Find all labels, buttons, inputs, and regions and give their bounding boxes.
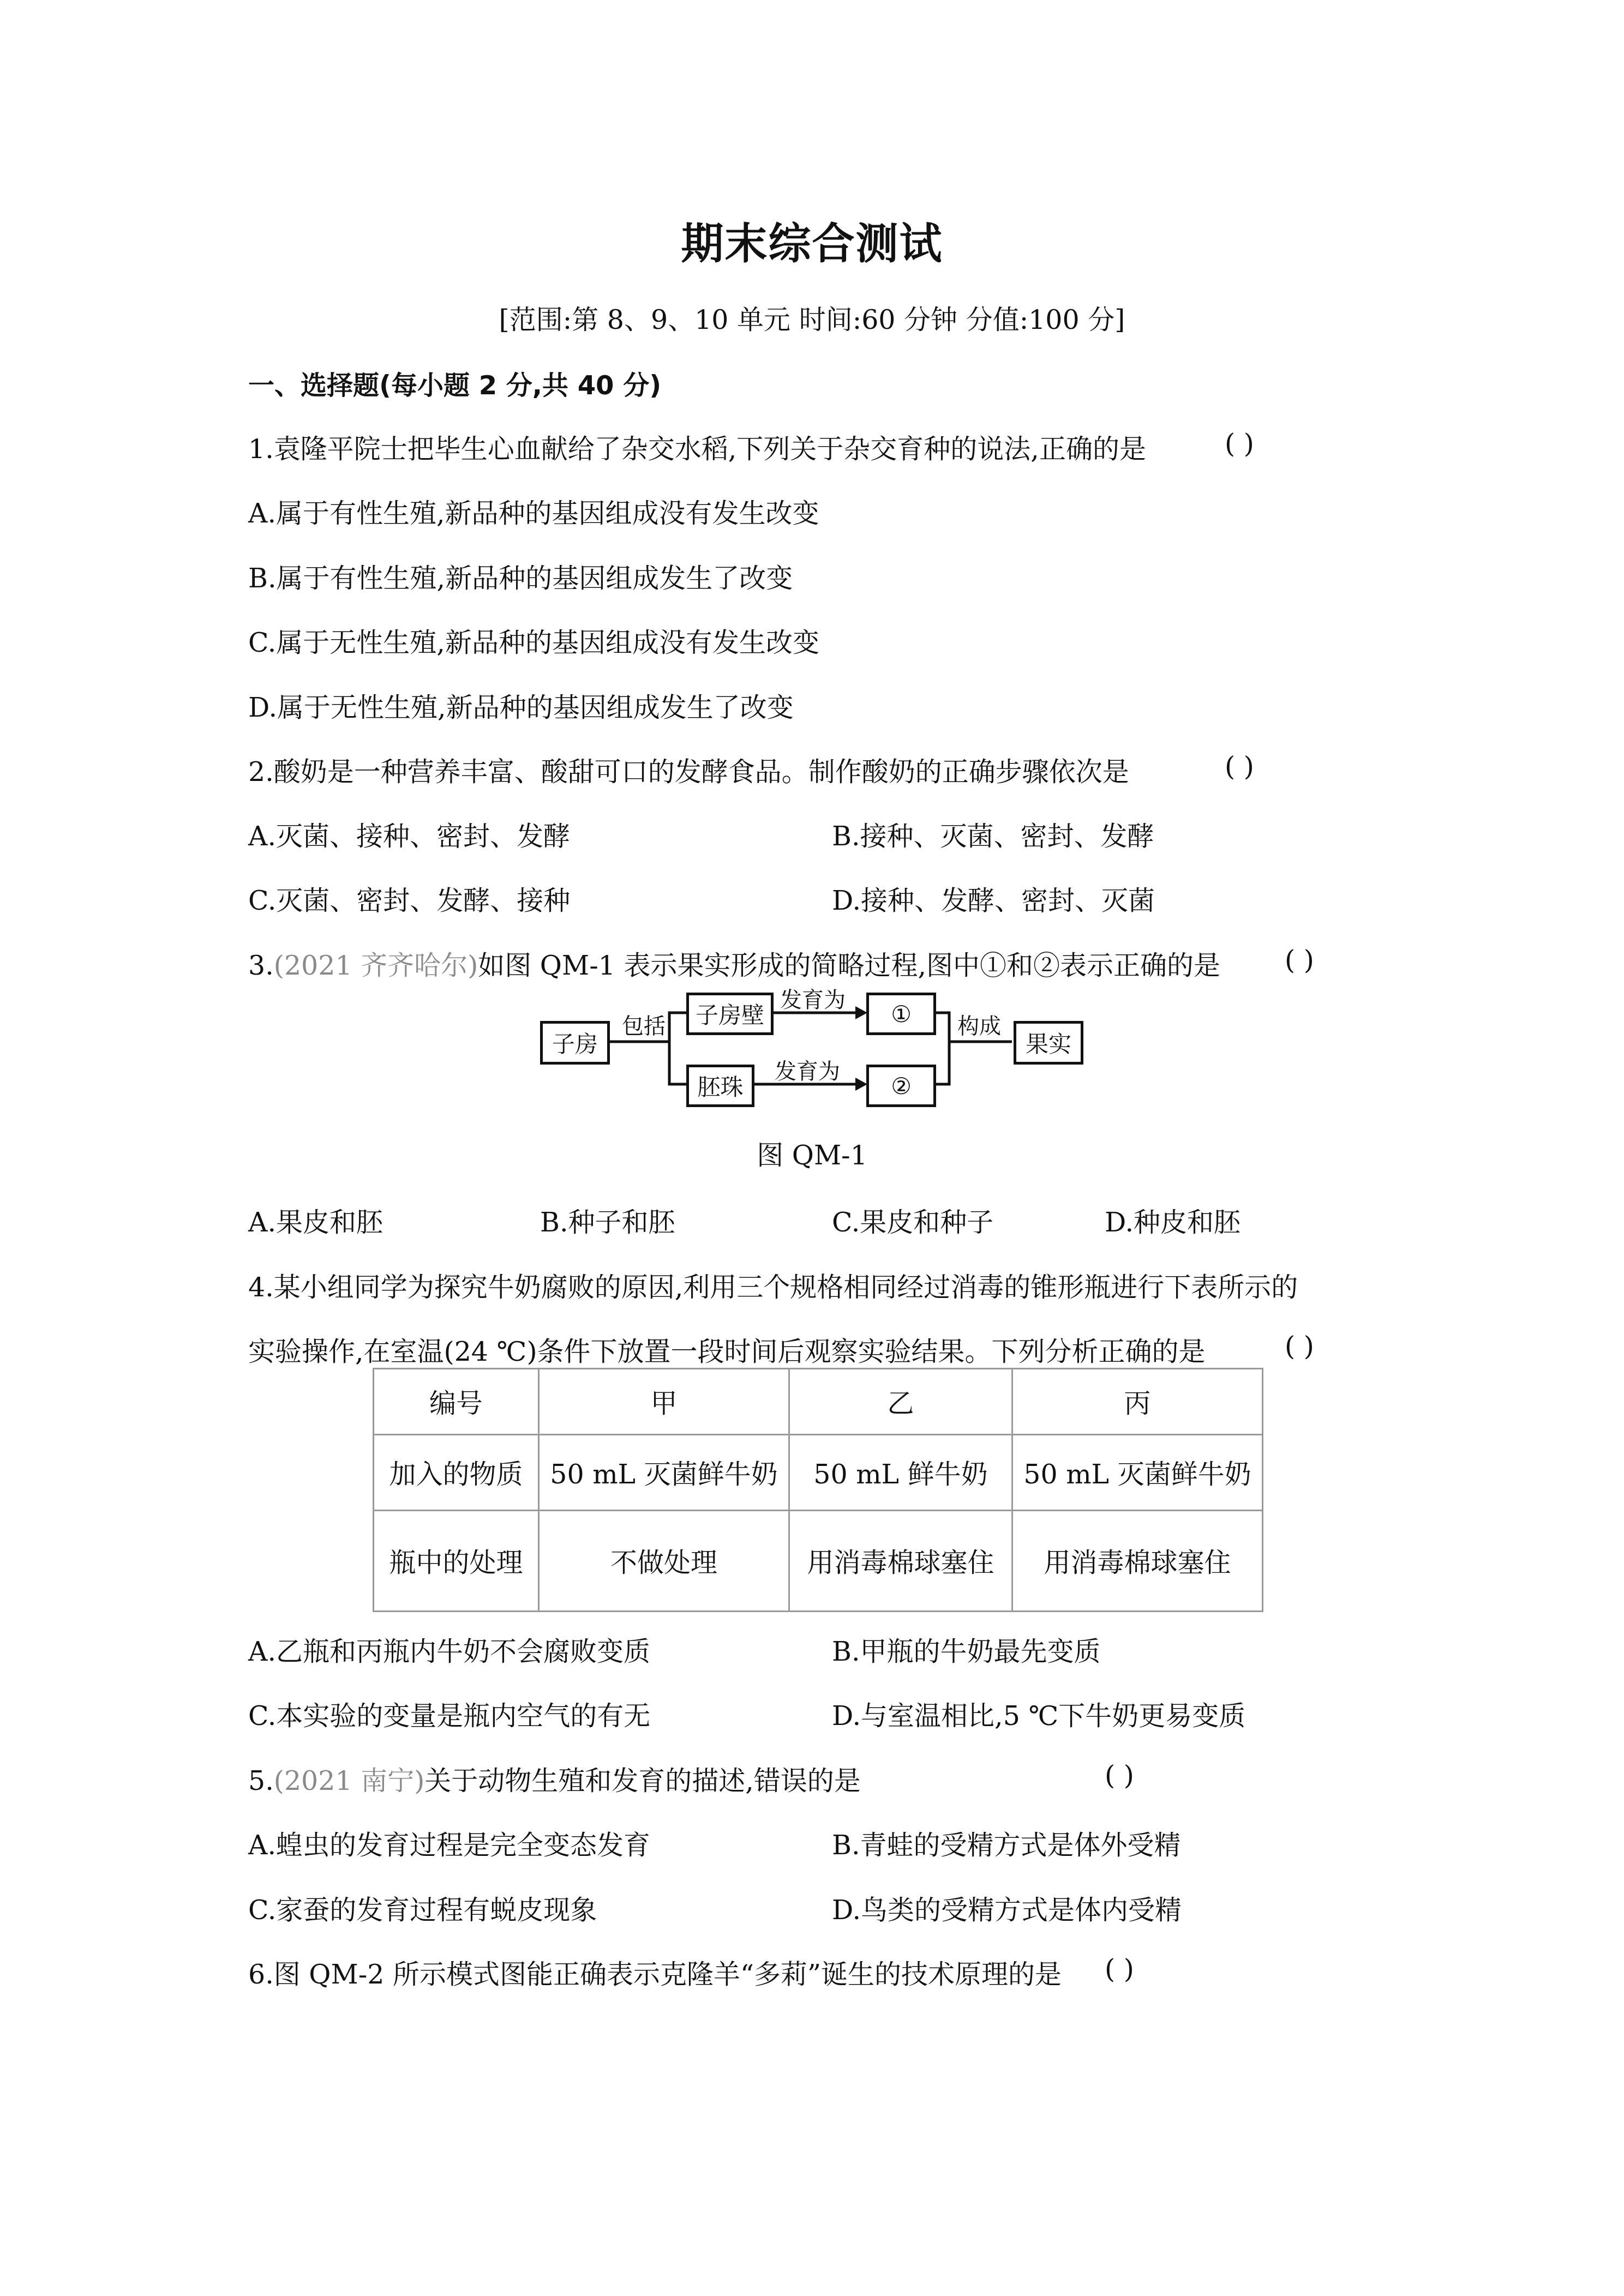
answer-blank[interactable]: ( ) xyxy=(1285,1331,1314,1362)
question-4-stem-line2: 实验操作,在室温(24 ℃)条件下放置一段时间后观察实验结果。下列分析正确的是 xyxy=(248,1331,1206,1369)
question-3-stem: 3.(2021 齐齐哈尔)如图 QM-1 表示果实形成的简略过程,图中①和②表示… xyxy=(248,945,1220,983)
option-c: C.本实验的变量是瓶内空气的有无 xyxy=(248,1695,650,1733)
option-d: D.接种、发酵、密封、灭菌 xyxy=(832,880,1155,918)
question-text: 袁隆平院士把毕生心血献给了杂交水稻,下列关于杂交育种的说法,正确的是 xyxy=(274,434,1146,465)
option-c: C.家蚕的发育过程有蜕皮现象 xyxy=(248,1889,597,1927)
table-row: 加入的物质 50 mL 灭菌鲜牛奶 50 mL 鲜牛奶 50 mL 灭菌鲜牛奶 xyxy=(374,1435,1263,1511)
option-b: B.接种、灭菌、密封、发酵 xyxy=(832,815,1154,854)
question-number: 6. xyxy=(248,1959,274,1990)
question-text: 关于动物生殖和发育的描述,错误的是 xyxy=(424,1765,861,1796)
option-c: C.属于无性生殖,新品种的基因组成没有发生改变 xyxy=(248,622,819,660)
option-b: B.甲瓶的牛奶最先变质 xyxy=(832,1631,1101,1669)
edge-label-develops-2: 发育为 xyxy=(775,1054,840,1085)
question-source: (2021 南宁) xyxy=(274,1765,425,1796)
answer-blank[interactable]: ( ) xyxy=(1105,1954,1134,1985)
option-d: D.鸟类的受精方式是体内受精 xyxy=(832,1889,1182,1927)
table-header-cell: 丙 xyxy=(1012,1369,1263,1435)
question-6-stem: 6.图 QM-2 所示模式图能正确表示克隆羊“多莉”诞生的技术原理的是 xyxy=(248,1954,1062,1992)
table-cell: 瓶中的处理 xyxy=(374,1511,539,1612)
question-text: 如图 QM-1 表示果实形成的简略过程,图中①和②表示正确的是 xyxy=(478,950,1220,981)
table-header-cell: 编号 xyxy=(374,1369,539,1435)
table-row: 瓶中的处理 不做处理 用消毒棉球塞住 用消毒棉球塞住 xyxy=(374,1511,1263,1612)
question-number: 5. xyxy=(248,1765,274,1796)
option-d: D.属于无性生殖,新品种的基因组成发生了改变 xyxy=(248,687,794,725)
option-a: A.乙瓶和丙瓶内牛奶不会腐败变质 xyxy=(248,1631,650,1669)
table-cell: 用消毒棉球塞住 xyxy=(789,1511,1012,1612)
page-title: 期末综合测试 xyxy=(0,210,1624,271)
table-cell: 50 mL 灭菌鲜牛奶 xyxy=(1012,1435,1263,1511)
option-b: B.种子和胚 xyxy=(540,1201,675,1240)
option-d: D.种皮和胚 xyxy=(1105,1201,1241,1240)
answer-blank[interactable]: ( ) xyxy=(1105,1760,1134,1791)
node-ovary-wall: 子房壁 xyxy=(686,993,774,1035)
option-a: A.蝗虫的发育过程是完全变态发育 xyxy=(248,1824,650,1862)
figure-caption: 图 QM-1 xyxy=(0,1134,1624,1173)
node-result-1: ① xyxy=(866,993,936,1035)
node-result-2: ② xyxy=(866,1065,936,1107)
question-number: 1. xyxy=(248,434,274,465)
node-fruit: 果实 xyxy=(1014,1021,1083,1065)
table-header-cell: 甲 xyxy=(539,1369,789,1435)
answer-blank[interactable]: ( ) xyxy=(1285,945,1314,976)
fruit-formation-diagram: 子房 子房壁 胚珠 ① ② 果实 包括 发育为 发育为 构成 xyxy=(540,982,1113,1113)
question-text: 酸奶是一种营养丰富、酸甜可口的发酵食品。制作酸奶的正确步骤依次是 xyxy=(274,756,1129,788)
question-1-stem: 1.袁隆平院士把毕生心血献给了杂交水稻,下列关于杂交育种的说法,正确的是 xyxy=(248,428,1146,466)
experiment-table: 编号 甲 乙 丙 加入的物质 50 mL 灭菌鲜牛奶 50 mL 鲜牛奶 50 … xyxy=(373,1368,1263,1612)
node-ovule: 胚珠 xyxy=(686,1065,754,1107)
option-a: A.灭菌、接种、密封、发酵 xyxy=(248,815,570,854)
option-b: B.属于有性生殖,新品种的基因组成发生了改变 xyxy=(248,557,793,596)
question-source: (2021 齐齐哈尔) xyxy=(274,950,478,981)
answer-blank[interactable]: ( ) xyxy=(1225,751,1254,782)
question-number: 3. xyxy=(248,950,274,981)
option-b: B.青蛙的受精方式是体外受精 xyxy=(832,1824,1181,1862)
option-d: D.与室温相比,5 ℃下牛奶更易变质 xyxy=(832,1695,1245,1733)
question-number: 4. xyxy=(248,1272,274,1303)
node-ovary: 子房 xyxy=(540,1021,610,1065)
edge-label-develops-1: 发育为 xyxy=(780,983,846,1014)
question-text: 图 QM-2 所示模式图能正确表示克隆羊“多莉”诞生的技术原理的是 xyxy=(274,1959,1062,1990)
option-c: C.果皮和种子 xyxy=(832,1201,993,1240)
option-a: A.属于有性生殖,新品种的基因组成没有发生改变 xyxy=(248,492,819,531)
exam-scope-info: [范围:第 8、9、10 单元 时间:60 分钟 分值:100 分] xyxy=(0,299,1624,337)
question-text: 某小组同学为探究牛奶腐败的原因,利用三个规格相同经过消毒的锥形瓶进行下表所示的 xyxy=(274,1272,1298,1303)
edge-label-forms: 构成 xyxy=(957,1009,1001,1040)
question-2-stem: 2.酸奶是一种营养丰富、酸甜可口的发酵食品。制作酸奶的正确步骤依次是 xyxy=(248,751,1129,789)
table-header-cell: 乙 xyxy=(789,1369,1012,1435)
question-5-stem: 5.(2021 南宁)关于动物生殖和发育的描述,错误的是 xyxy=(248,1760,861,1798)
table-cell: 加入的物质 xyxy=(374,1435,539,1511)
table-header-row: 编号 甲 乙 丙 xyxy=(374,1369,1263,1435)
question-4-stem-line1: 4.某小组同学为探究牛奶腐败的原因,利用三个规格相同经过消毒的锥形瓶进行下表所示… xyxy=(248,1266,1298,1305)
option-c: C.灭菌、密封、发酵、接种 xyxy=(248,880,570,918)
edge-label-includes: 包括 xyxy=(622,1009,666,1040)
section-heading: 一、选择题(每小题 2 分,共 40 分) xyxy=(248,364,661,402)
table-cell: 用消毒棉球塞住 xyxy=(1012,1511,1263,1612)
table-cell: 50 mL 鲜牛奶 xyxy=(789,1435,1012,1511)
option-a: A.果皮和胚 xyxy=(248,1201,383,1240)
question-number: 2. xyxy=(248,756,274,788)
table-cell: 不做处理 xyxy=(539,1511,789,1612)
table-cell: 50 mL 灭菌鲜牛奶 xyxy=(539,1435,789,1511)
answer-blank[interactable]: ( ) xyxy=(1225,428,1254,459)
